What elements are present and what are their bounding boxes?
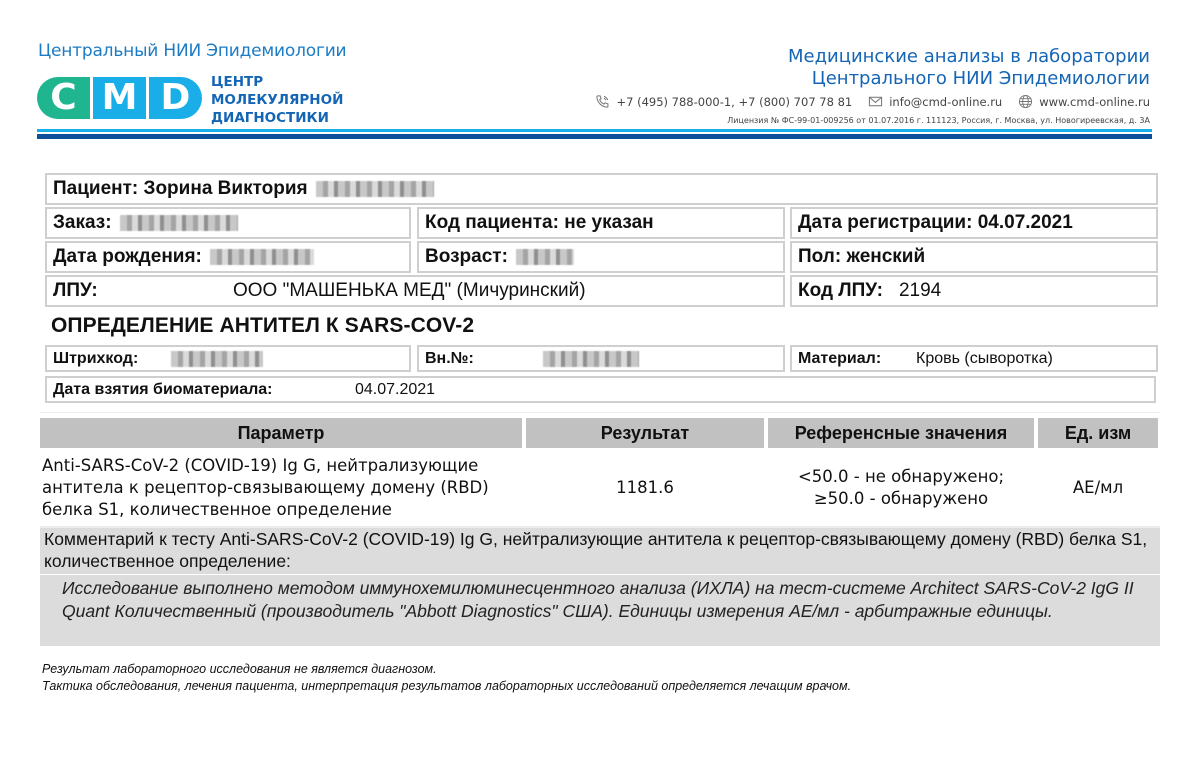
reference-line: ≥50.0 - обнаружено	[798, 488, 1004, 510]
lpu-code-label: Код ЛПУ:	[798, 280, 883, 302]
logo-subtitle-line: ЦЕНТР	[211, 73, 343, 91]
phone-icon	[595, 94, 610, 109]
redacted-barcode	[171, 351, 263, 367]
patient-code-value: не указан	[564, 212, 653, 234]
divider	[40, 412, 1160, 413]
cmd-logo: C M D	[37, 77, 202, 119]
material-label: Материал:	[798, 350, 916, 368]
lpu-label: ЛПУ:	[53, 280, 233, 302]
birth-date-field: Дата рождения:	[45, 241, 411, 273]
column-header-reference: Референсные значения	[768, 418, 1034, 448]
sample-date-value: 04.07.2021	[355, 381, 435, 399]
patient-name-value: Зорина Виктория	[144, 178, 308, 200]
lpu-value: ООО "МАШЕНЬКА МЕД" (Мичуринский)	[233, 280, 586, 302]
comment-heading: Комментарий к тесту Anti-SARS-CoV-2 (COV…	[40, 528, 1160, 574]
redacted-birth-date	[210, 249, 314, 265]
redacted-surname	[316, 181, 434, 197]
mail-icon	[868, 94, 883, 109]
registration-date-value: 04.07.2021	[978, 212, 1073, 234]
result-reference: <50.0 - не обнаружено; ≥50.0 - обнаружен…	[768, 450, 1034, 526]
lpu-code-value: 2194	[899, 280, 941, 302]
sample-date-label: Дата взятия биоматериала:	[53, 381, 355, 399]
logo-subtitle: ЦЕНТР МОЛЕКУЛЯРНОЙ ДИАГНОСТИКИ	[211, 73, 343, 127]
registration-date-label: Дата регистрации:	[798, 212, 972, 234]
logo-letter-c: C	[37, 77, 90, 119]
lab-title-line: Центрального НИИ Эпидемиологии	[788, 68, 1150, 90]
logo-letter-d: D	[149, 77, 202, 119]
globe-icon	[1018, 94, 1033, 109]
lpu-field: ЛПУ: ООО "МАШЕНЬКА МЕД" (Мичуринский)	[45, 275, 785, 307]
material-value: Кровь (сыворотка)	[916, 350, 1053, 368]
email-link[interactable]: info@cmd-online.ru	[889, 95, 1002, 109]
header-rule-light	[37, 129, 1152, 132]
phone-numbers: +7 (495) 788-000-1, +7 (800) 707 78 81	[616, 95, 852, 109]
sex-value: женский	[846, 246, 925, 268]
internal-number-field: Вн.№:	[417, 345, 785, 372]
patient-code-label: Код пациента:	[425, 212, 559, 234]
logo-subtitle-line: МОЛЕКУЛЯРНОЙ	[211, 91, 343, 109]
redacted-internal-number	[543, 351, 639, 367]
lab-title-line: Медицинские анализы в лаборатории	[788, 46, 1150, 68]
website-link[interactable]: www.cmd-online.ru	[1039, 95, 1150, 109]
order-field: Заказ:	[45, 207, 411, 239]
sex-label: Пол:	[798, 246, 841, 268]
email-contact[interactable]: info@cmd-online.ru	[868, 94, 1002, 109]
logo-subtitle-line: ДИАГНОСТИКИ	[211, 109, 343, 127]
org-name: Центральный НИИ Эпидемиологии	[38, 41, 346, 61]
sample-date-field: Дата взятия биоматериала: 04.07.2021	[45, 376, 1156, 403]
result-unit: АЕ/мл	[1038, 450, 1158, 526]
redacted-order-number	[120, 215, 238, 231]
patient-name-label: Пациент:	[53, 178, 138, 200]
material-field: Материал: Кровь (сыворотка)	[790, 345, 1158, 372]
age-field: Возраст:	[417, 241, 785, 273]
internal-number-label: Вн.№:	[425, 350, 543, 368]
order-label: Заказ:	[53, 212, 112, 234]
lpu-code-field: Код ЛПУ: 2194	[790, 275, 1158, 307]
sex-field: Пол: женский	[790, 241, 1158, 273]
result-parameter: Anti-SARS-CoV-2 (COVID-19) Ig G, нейтрал…	[42, 450, 522, 526]
patient-code-field: Код пациента: не указан	[417, 207, 785, 239]
disclaimer-line: Результат лабораторного исследования не …	[42, 661, 851, 678]
patient-name-field: Пациент: Зорина Виктория	[45, 173, 1158, 205]
registration-date-field: Дата регистрации: 04.07.2021	[790, 207, 1158, 239]
age-label: Возраст:	[425, 246, 508, 268]
barcode-field: Штрихкод:	[45, 345, 411, 372]
lab-title: Медицинские анализы в лаборатории Центра…	[788, 46, 1150, 90]
logo-letter-m: M	[93, 77, 146, 119]
header-rule-dark	[37, 134, 1152, 139]
column-header-unit: Ед. изм	[1038, 418, 1158, 448]
birth-date-label: Дата рождения:	[53, 246, 202, 268]
test-title: ОПРЕДЕЛЕНИЕ АНТИТЕЛ К SARS-COV-2	[51, 314, 474, 338]
comment-body: Исследование выполнено методом иммунохем…	[40, 575, 1160, 646]
web-contact[interactable]: www.cmd-online.ru	[1018, 94, 1150, 109]
phone-contact: +7 (495) 788-000-1, +7 (800) 707 78 81	[595, 94, 852, 109]
disclaimer: Результат лабораторного исследования не …	[42, 661, 851, 695]
license-text: Лицензия № ФС-99-01-009256 от 01.07.2016…	[727, 116, 1150, 125]
reference-line: <50.0 - не обнаружено;	[798, 466, 1004, 488]
barcode-label: Штрихкод:	[53, 350, 171, 368]
contacts: +7 (495) 788-000-1, +7 (800) 707 78 81 i…	[595, 94, 1150, 109]
result-value: 1181.6	[526, 450, 764, 526]
disclaimer-line: Тактика обследования, лечения пациента, …	[42, 678, 851, 695]
column-header-result: Результат	[526, 418, 764, 448]
column-header-parameter: Параметр	[40, 418, 522, 448]
redacted-age	[516, 249, 574, 265]
